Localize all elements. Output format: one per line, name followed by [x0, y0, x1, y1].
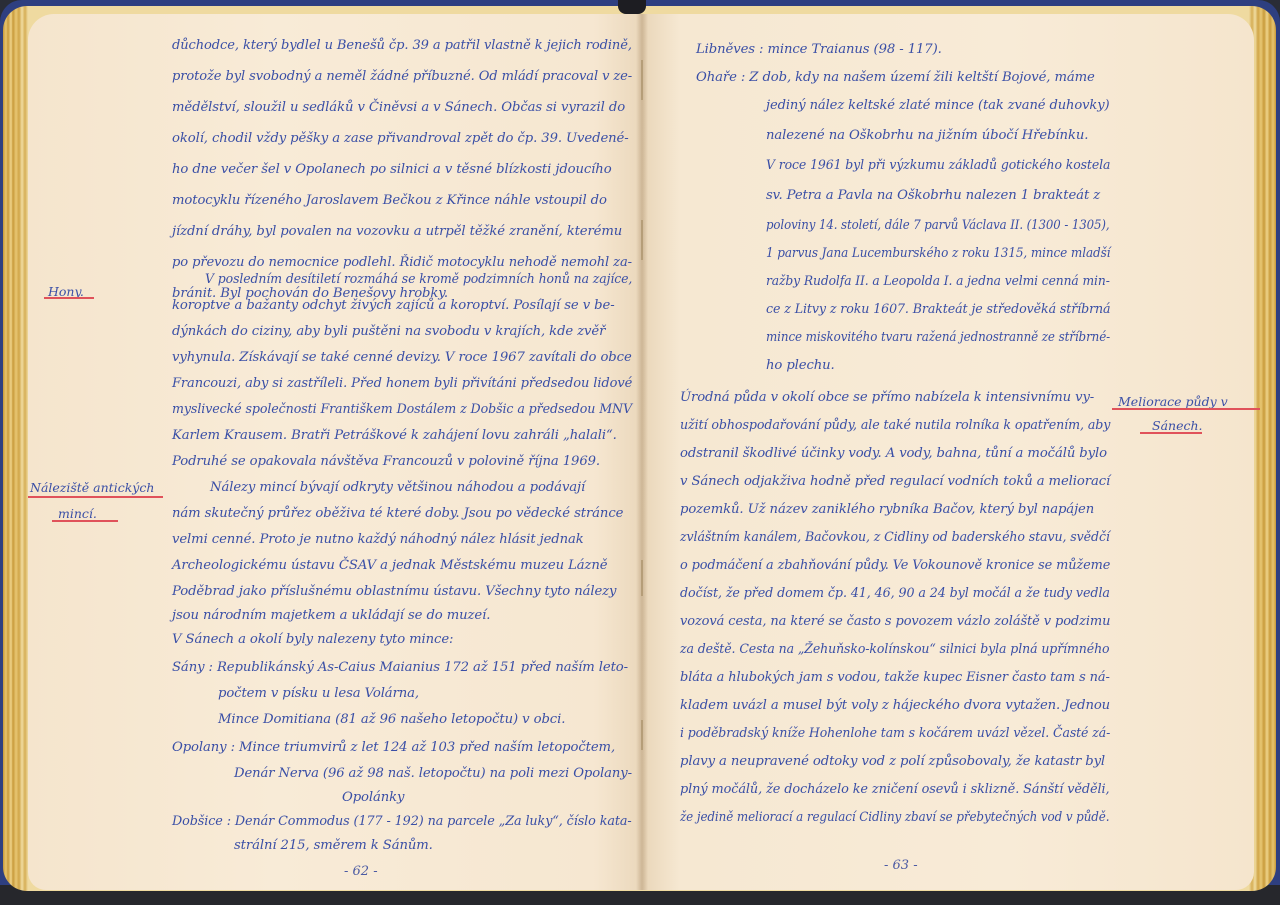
text-line: Mince Domitiana (81 až 96 našeho letopoč…	[218, 712, 565, 727]
text-line: Karlem Krausem. Bratři Petráškové k zahá…	[172, 428, 617, 443]
text-line: plný močálů, že docházelo ke zničení ose…	[680, 782, 1110, 797]
text-line: i poděbradský kníže Hohenlohe tam s kočá…	[680, 726, 1110, 741]
text-line: 1 parvus Jana Lucemburského z roku 1315,…	[766, 246, 1110, 261]
text-line: strální 215, směrem k Sánům.	[234, 838, 433, 853]
text-line: mince miskovitého tvaru ražená jednostra…	[766, 330, 1110, 345]
text-line: bláta a hlubokých jam s vodou, takže kup…	[680, 670, 1110, 685]
text-line: poloviny 14. století, dále 7 parvů Václa…	[766, 218, 1110, 233]
text-line: V Sánech a okolí byly nalezeny tyto minc…	[172, 632, 453, 647]
margin-underline	[1112, 408, 1260, 410]
margin-underline	[52, 520, 118, 522]
text-line: Archeologickému ústavu ČSAV a jednak Měs…	[172, 558, 607, 573]
text-line: jediný nález keltské zlaté mince (tak zv…	[766, 98, 1110, 113]
text-line: nám skutečný průřez oběživa té které dob…	[172, 506, 623, 521]
text-line: motocyklu řízeného Jaroslavem Bečkou z K…	[172, 193, 607, 208]
text-line: okolí, chodil vždy pěšky a zase přivandr…	[172, 131, 629, 146]
binding-stitch	[641, 560, 643, 596]
text-line: odstranil škodlivé účinky vody. A vody, …	[680, 446, 1107, 461]
margin-underline	[28, 496, 163, 498]
text-line: V posledním desítiletí rozmáhá se kromě …	[205, 272, 632, 287]
page-number-right: - 63 -	[884, 858, 918, 873]
binding-stitch	[641, 60, 643, 100]
page-number-left: - 62 -	[344, 864, 378, 879]
margin-underline	[44, 297, 94, 299]
text-line: jsou národním majetkem a ukládají se do …	[172, 608, 490, 623]
text-line: jízdní dráhy, byl povalen na vozovku a u…	[172, 224, 622, 239]
text-line: Libněves : mince Traianus (98 - 117).	[696, 42, 942, 57]
text-line: Dobšice : Denár Commodus (177 - 192) na …	[172, 814, 632, 829]
text-line: protože byl svobodný a neměl žádné příbu…	[172, 69, 632, 84]
text-line: sv. Petra a Pavla na Oškobrhu nalezen 1 …	[766, 188, 1100, 203]
text-line: vyhynula. Získávají se také cenné devizy…	[172, 350, 632, 365]
text-line: užití obhospodařování půdy, ale také nut…	[680, 418, 1110, 433]
text-line: počtem v písku u lesa Volárna,	[218, 686, 419, 701]
margin-note-minci: mincí.	[58, 506, 97, 521]
text-line: v Sánech odjakživa hodně před regulací v…	[680, 474, 1110, 489]
text-line: pozemků. Už název zaniklého rybníka Bačo…	[680, 502, 1094, 517]
text-line: zvláštním kanálem, Bačovkou, z Cidliny o…	[680, 530, 1110, 545]
text-line: myslivecké společnosti Františkem Dostál…	[172, 402, 632, 417]
text-line: ho dne večer šel v Opolanech po silnici …	[172, 162, 612, 177]
text-line: Úrodná půda v okolí obce se přímo nabíze…	[680, 390, 1094, 405]
text-line: Opolánky	[342, 790, 404, 805]
binding-stitch	[641, 220, 643, 260]
text-line: Podruhé se opakovala návštěva Francouzů …	[172, 454, 600, 469]
text-line: dočíst, že před domem čp. 41, 46, 90 a 2…	[680, 586, 1110, 601]
text-line: o podmáčení a zbahňování půdy. Ve Vokoun…	[680, 558, 1110, 573]
text-line: po převozu do nemocnice podlehl. Řidič m…	[172, 255, 632, 270]
text-line: plavy a neupravené odtoky vod z polí způ…	[680, 754, 1105, 769]
text-line: že jedině meliorací a regulací Cidliny z…	[680, 810, 1109, 825]
text-line: ho plechu.	[766, 358, 835, 373]
book-gutter	[636, 14, 648, 890]
margin-underline	[1140, 432, 1202, 434]
text-line: ce z Litvy z roku 1607. Brakteát je stře…	[766, 302, 1110, 317]
text-line: koroptve a bažanty odchyt živých zajíců …	[172, 298, 615, 313]
binding-clip	[618, 0, 646, 14]
binding-stitch	[641, 720, 643, 750]
text-line: Francouzi, aby si zastříleli. Před honem…	[172, 376, 632, 391]
text-line: důchodce, který bydlel u Benešů čp. 39 a…	[172, 38, 632, 53]
text-line: V roce 1961 byl při výzkumu základů goti…	[766, 158, 1110, 173]
text-line: dýnkách do ciziny, aby byli puštěni na s…	[172, 324, 605, 339]
text-line: Poděbrad jako příslušnému oblastnímu úst…	[172, 584, 616, 599]
text-line: vozová cesta, na které se často s povoze…	[680, 614, 1110, 629]
text-line: nalezené na Oškobrhu na jižním úbočí Hře…	[766, 128, 1088, 143]
text-line: Sány : Republikánský As-Caius Maianius 1…	[172, 660, 628, 675]
text-line: kladem uvázl a musel být voly z hájeckéh…	[680, 698, 1110, 713]
text-line: Ohaře : Z dob, kdy na našem území žili k…	[696, 70, 1095, 85]
margin-note-meliorace: Meliorace půdy v	[1118, 394, 1228, 409]
text-line: velmi cenné. Proto je nutno každý náhodn…	[172, 532, 584, 547]
text-line: Nálezy mincí bývají odkryty většinou náh…	[210, 480, 585, 495]
margin-note-sanech: Sánech.	[1152, 418, 1203, 433]
text-line: Opolany : Mince triumvirů z let 124 až 1…	[172, 740, 615, 755]
margin-note-naleziste: Náleziště antických	[30, 480, 154, 495]
text-line: Denár Nerva (96 až 98 naš. letopočtu) na…	[234, 766, 632, 781]
text-line: za deště. Cesta na „Žehuňsko-kolínskou“ …	[680, 642, 1109, 657]
text-line: mědělství, sloužil u sedláků v Činěvsi a…	[172, 100, 625, 115]
text-line: ražby Rudolfa II. a Leopolda I. a jedna …	[766, 274, 1110, 289]
